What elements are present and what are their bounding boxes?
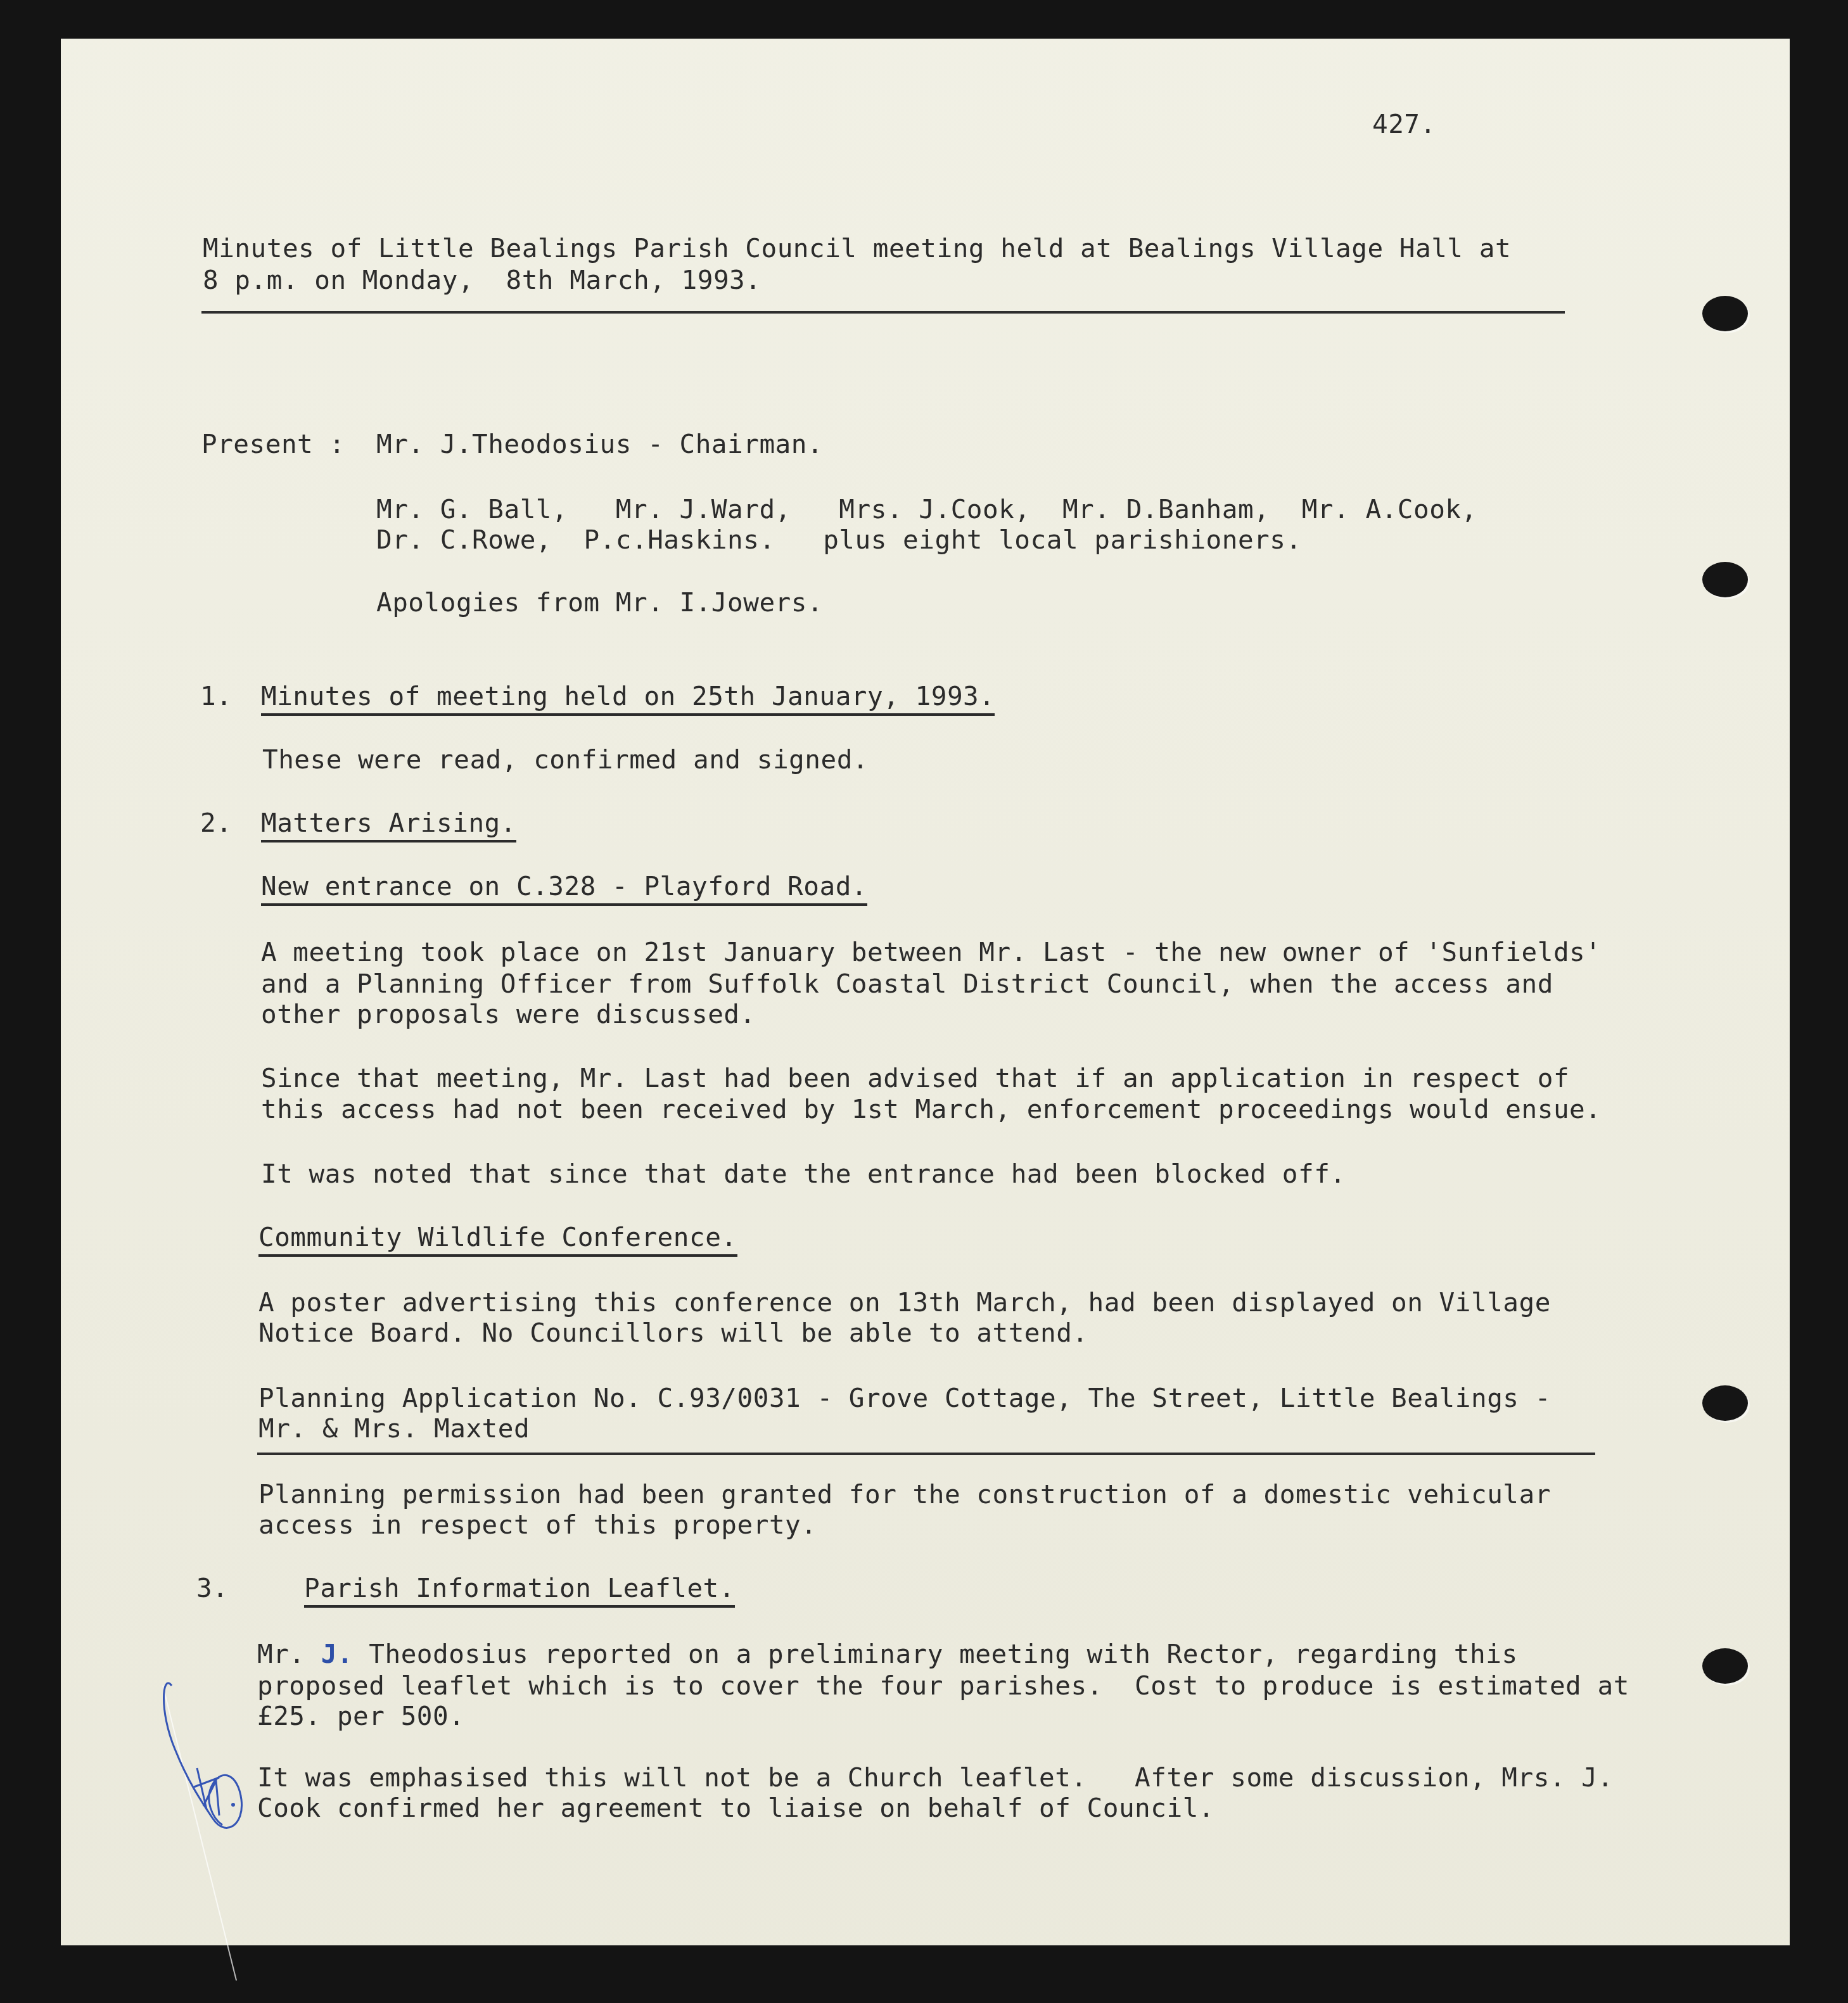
subsection-wildlife-heading: Community Wildlife Conference. [258, 1221, 737, 1257]
leaflet-mr-prefix: Mr. [257, 1639, 321, 1669]
wildlife-para-line-2: Notice Board. No Councillors will be abl… [258, 1317, 1088, 1349]
entrance-para-1-line-2: and a Planning Officer from Suffolk Coas… [261, 968, 1553, 1000]
leaflet-para-1-line-1: Mr. J. Theodosius reported on a prelimin… [257, 1638, 1518, 1670]
wildlife-para-line-1: A poster advertising this conference on … [258, 1287, 1551, 1318]
title-rule [201, 311, 1565, 314]
handwritten-initial-correction: J. [321, 1639, 353, 1669]
present-members-line-2: Dr. C.Rowe, P.c.Haskins. plus eight loca… [376, 524, 1302, 556]
punch-hole-1 [1702, 296, 1748, 331]
leaflet-para-2-line-2: Cook confirmed her agreement to liaise o… [257, 1792, 1214, 1824]
leaflet-para-1-line-2: proposed leaflet which is to cover the f… [257, 1670, 1629, 1701]
item-3-number: 3. [196, 1572, 228, 1604]
item-1-paragraph: These were read, confirmed and signed. [262, 744, 869, 775]
planning-para-line-1: Planning permission had been granted for… [258, 1478, 1551, 1510]
page-number: 427. [1372, 108, 1436, 140]
leaflet-para-2-line-1: It was emphasised this will not be a Chu… [257, 1762, 1614, 1793]
punch-hole-3 [1702, 1385, 1748, 1421]
punch-hole-2 [1702, 562, 1748, 597]
present-members-line-1: Mr. G. Ball, Mr. J.Ward, Mrs. J.Cook, Mr… [376, 493, 1477, 525]
title-line-2: 8 p.m. on Monday, 8th March, 1993. [203, 264, 761, 296]
item-2-number: 2. [200, 807, 232, 839]
item-1-heading: Minutes of meeting held on 25th January,… [261, 680, 995, 716]
present-label: Present : [201, 428, 345, 460]
item-3-heading: Parish Information Leaflet. [304, 1572, 735, 1608]
item-1-number: 1. [200, 680, 232, 712]
apologies: Apologies from Mr. I.Jowers. [376, 587, 823, 618]
leaflet-line-1-rest: Theodosius reported on a preliminary mee… [353, 1639, 1517, 1669]
signature-initials-icon [162, 1673, 289, 1850]
planning-heading-rule [257, 1453, 1595, 1455]
entrance-para-2-line-1: Since that meeting, Mr. Last had been ad… [261, 1062, 1569, 1094]
entrance-para-2-line-2: this access had not been received by 1st… [261, 1093, 1601, 1125]
item-2-heading: Matters Arising. [261, 807, 516, 843]
title-line-1: Minutes of Little Bealings Parish Counci… [203, 232, 1511, 264]
document-page: 427. Minutes of Little Bealings Parish C… [61, 39, 1790, 1945]
present-chairman: Mr. J.Theodosius - Chairman. [376, 428, 823, 460]
entrance-para-1-line-3: other proposals were discussed. [261, 998, 756, 1030]
subsection-planning-heading-line-1: Planning Application No. C.93/0031 - Gro… [258, 1382, 1551, 1414]
punch-hole-4 [1702, 1648, 1748, 1684]
planning-para-line-2: access in respect of this property. [258, 1509, 817, 1541]
entrance-para-3: It was noted that since that date the en… [261, 1158, 1346, 1190]
subsection-planning-heading-line-2: Mr. & Mrs. Maxted [258, 1413, 530, 1444]
entrance-para-1-line-1: A meeting took place on 21st January bet… [261, 936, 1601, 968]
subsection-entrance-heading: New entrance on C.328 - Playford Road. [261, 870, 867, 906]
